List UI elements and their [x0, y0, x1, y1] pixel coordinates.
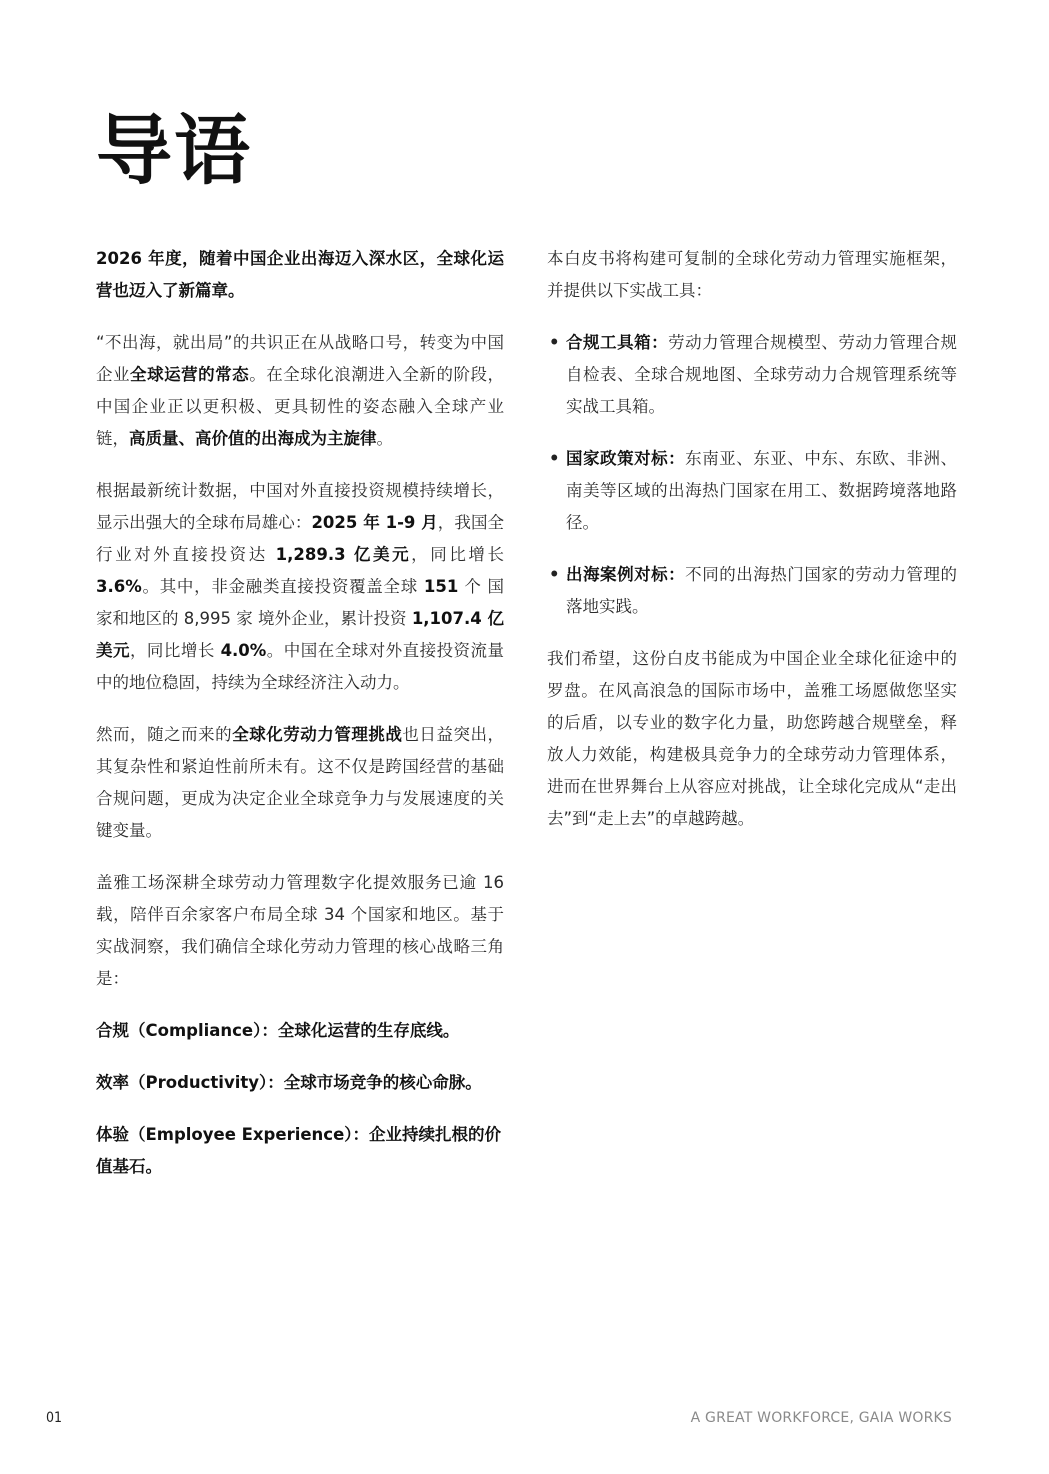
- list-item-compliance-toolbox: • 合规工具箱：劳动力管理合规模型、劳动力管理合规自检表、全球合规地图、全球劳动…: [547, 327, 957, 423]
- list-item-label: 国家政策对标：: [566, 449, 685, 468]
- emphasis: 高质量、高价值的出海成为主旋律: [129, 429, 377, 448]
- right-column: 本白皮书将构建可复制的全球化劳动力管理实施框架，并提供以下实战工具： • 合规工…: [547, 243, 957, 855]
- triad-employee-experience: 体验（Employee Experience）：企业持续扎根的价值基石。: [96, 1119, 504, 1183]
- triad-compliance: 合规（Compliance）：全球化运营的生存底线。: [96, 1015, 504, 1047]
- list-item-label: 出海案例对标：: [566, 565, 685, 584]
- bullet-icon: •: [549, 327, 560, 359]
- footer-tagline: A GREAT WORKFORCE, GAIA WORKS: [691, 1410, 952, 1426]
- emphasis: 全球化劳动力管理挑战: [232, 725, 402, 744]
- emphasis-growth-rate: 3.6%: [96, 577, 142, 596]
- emphasis: 全球运营的常态: [130, 365, 249, 384]
- text-run: ，同比增长: [411, 545, 504, 564]
- paragraph-global-norm: “不出海，就出局”的共识正在从战略口号，转变为中国企业全球运营的常态。在全球化浪…: [96, 327, 504, 455]
- paragraph-gaia-intro: 盖雅工场深耕全球劳动力管理数字化提效服务已逾 16 载，陪伴百余家客户布局全球 …: [96, 867, 504, 995]
- text-run: 然而，随之而来的: [96, 725, 232, 744]
- list-item-label: 合规工具箱：: [566, 333, 668, 352]
- text-run: 。: [377, 429, 394, 448]
- paragraph-challenge: 然而，随之而来的全球化劳动力管理挑战也日益突出，其复杂性和紧迫性前所未有。这不仅…: [96, 719, 504, 847]
- list-item-country-policy: • 国家政策对标：东南亚、东亚、中东、东欧、非洲、南美等区域的出海热门国家在用工…: [547, 443, 957, 539]
- page-title: 导语: [96, 106, 252, 196]
- list-item-case-benchmark: • 出海案例对标：不同的出海热门国家的劳动力管理的落地实践。: [547, 559, 957, 623]
- lead-paragraph: 2026 年度，随着中国企业出海迈入深水区，全球化运营也迈入了新篇章。: [96, 243, 504, 307]
- bullet-icon: •: [549, 559, 560, 591]
- paragraph-framework-intro: 本白皮书将构建可复制的全球化劳动力管理实施框架，并提供以下实战工具：: [547, 243, 957, 307]
- paragraph-investment-stats: 根据最新统计数据，中国对外直接投资规模持续增长，显示出强大的全球布局雄心：202…: [96, 475, 504, 699]
- text-run: 。其中，非金融类直接投资覆盖全球: [142, 577, 424, 596]
- left-column: 2026 年度，随着中国企业出海迈入深水区，全球化运营也迈入了新篇章。 “不出海…: [96, 243, 504, 1203]
- emphasis-nonfinancial-growth: 4.0%: [221, 641, 267, 660]
- text-run: ，同比增长: [130, 641, 221, 660]
- emphasis-period: 2025 年 1-9 月: [311, 513, 437, 532]
- bullet-icon: •: [549, 443, 560, 475]
- triad-productivity: 效率（Productivity）：全球市场竞争的核心命脉。: [96, 1067, 504, 1099]
- tools-list: • 合规工具箱：劳动力管理合规模型、劳动力管理合规自检表、全球合规地图、全球劳动…: [547, 327, 957, 623]
- emphasis-total-investment: 1,289.3 亿美元: [276, 545, 412, 564]
- paragraph-closing: 我们希望，这份白皮书能成为中国企业全球化征途中的罗盘。在风高浪急的国际市场中，盖…: [547, 643, 957, 835]
- emphasis-country-count: 151: [424, 577, 458, 596]
- page-number: 01: [46, 1410, 62, 1426]
